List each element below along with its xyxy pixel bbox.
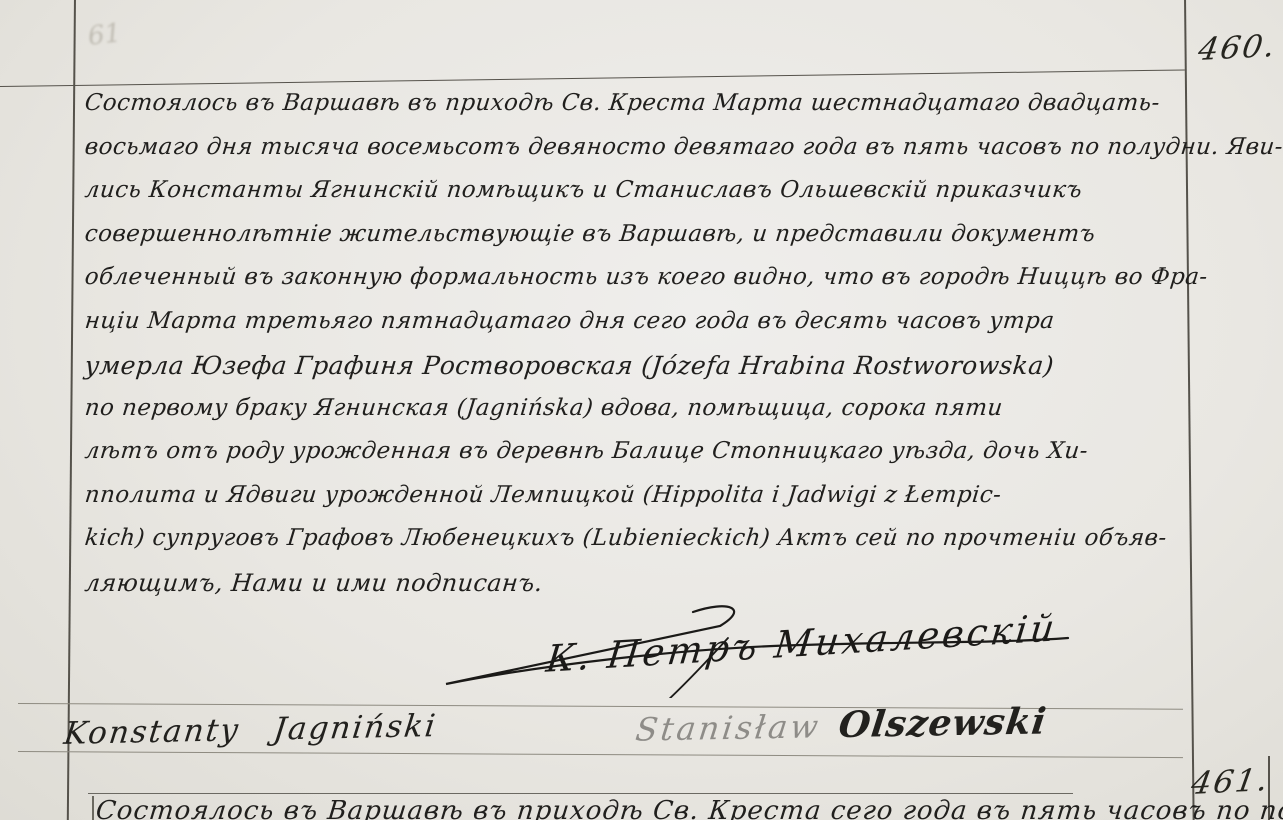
witness-last-name: Olszewski: [836, 700, 1049, 746]
record-text-line: умерла Юзефа Графиня Ростворовская (Józe…: [82, 351, 1187, 395]
record-text-line: пполита и Ядвиги урожденной Лемпицкой (H…: [82, 482, 1187, 526]
witness-signature-konstanty-jagninski: KonstantyJagniński: [62, 708, 439, 752]
record-text-line: по первому браку Ягнинская (Jagnińska) в…: [82, 395, 1187, 439]
next-record-partial-line: Состоялось въ Варшавѣ въ приходѣ Св. Кре…: [94, 796, 1283, 820]
record-text-line: нціи Марта третьяго пятнадцатаго дня сег…: [82, 308, 1187, 352]
registry-scan-page: { "colors": { "paper": "#e9e7e2", "ink":…: [0, 0, 1283, 820]
record-text-line: Состоялось въ Варшавѣ въ приходѣ Св. Кре…: [82, 90, 1187, 134]
right-margin-rule: [1184, 0, 1194, 820]
witness-first-name: Konstanty: [62, 712, 242, 752]
record-top-rule: [0, 69, 1185, 87]
record-body-text: Состоялось въ Варшавѣ въ приходѣ Св. Кре…: [84, 90, 1184, 612]
record-text-line: лись Константы Ягнинскій помѣщикъ и Стан…: [82, 177, 1187, 221]
officiant-signature: К. Петръ Михалевскій: [428, 598, 1178, 698]
witness-last-name: Jagniński: [272, 708, 439, 748]
record-number: 460.: [1196, 28, 1280, 68]
record-text-line: лѣтъ отъ роду урожденная въ деревнѣ Бали…: [82, 438, 1187, 482]
record-divider-rule: [88, 793, 1073, 794]
next-record-left-rule: [92, 796, 94, 820]
witness-first-name: Stanisław: [634, 707, 824, 748]
signature-baseline-rule-lower: [18, 751, 1183, 758]
record-text-line: kich) супруговъ Графовъ Любенецкихъ (Lub…: [82, 525, 1187, 569]
record-text-line: облеченный въ законную формальность изъ …: [82, 264, 1187, 308]
witness-signature-stanislaw-olszewski: StanisławOlszewski: [633, 700, 1049, 749]
record-text-line: совершеннолѣтніе жительствующіе въ Варша…: [82, 221, 1187, 265]
ink-bleed-mark: 61: [87, 18, 123, 51]
left-margin-rule: [67, 0, 76, 820]
record-text-line: восьмаго дня тысяча восемьсотъ девяносто…: [82, 134, 1187, 178]
